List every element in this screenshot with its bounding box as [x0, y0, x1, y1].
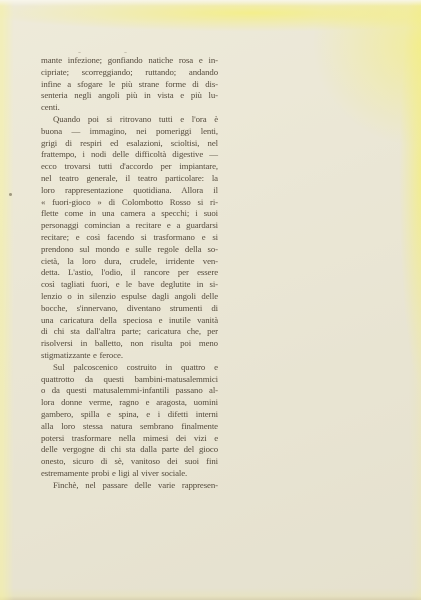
- text-line: flette come in una camera a specchi; i s…: [41, 208, 218, 220]
- text-line: centi.: [41, 102, 218, 114]
- text-line: potersi trasformare nella mimesi dei viz…: [41, 433, 218, 445]
- text-line: risolversi in balletto, non risulta poi …: [41, 338, 218, 350]
- text-line: « fuori-gioco » di Colombotto Rosso si r…: [41, 197, 218, 209]
- scan-speck: [124, 52, 127, 53]
- page-text-block: mante infezione; gonfiando natiche rosa …: [41, 55, 218, 491]
- text-line: di chi sta dall'altra parte; caricatura …: [41, 326, 218, 338]
- text-line: recitare; e così facendo si trasformano …: [41, 232, 218, 244]
- text-line: o da questi matusalemmi-infantili passan…: [41, 385, 218, 397]
- text-line: una caricatura della speciosa e inutile …: [41, 315, 218, 327]
- text-line: senteria negli angoli più in vista e più…: [41, 90, 218, 102]
- scan-speck: [9, 193, 12, 196]
- text-line: mante infezione; gonfiando natiche rosa …: [41, 55, 218, 67]
- text-line: così tagliati fuori, e le bave deglutite…: [41, 279, 218, 291]
- text-line: lenzio o in silenzio espulse dagli angol…: [41, 291, 218, 303]
- text-line: gambero, spilla e spina, e i difetti int…: [41, 409, 218, 421]
- text-line: personaggi comincian a recitare e a guar…: [41, 220, 218, 232]
- text-line: detta. L'astio, l'odio, il rancore per e…: [41, 267, 218, 279]
- text-line: bocche, s'innervano, diventano strumenti…: [41, 303, 218, 315]
- text-line: grigi di respiri ed esalazioni, scioltis…: [41, 138, 218, 150]
- text-line: ecco trovarsi tutti d'accordo per impian…: [41, 161, 218, 173]
- text-line: alla loro stessa natura sembrano finalme…: [41, 421, 218, 433]
- text-line: stigmatizzante e feroce.: [41, 350, 218, 362]
- text-line: buona — immagino, nei pomeriggi lenti,: [41, 126, 218, 138]
- scan-speck: [78, 52, 81, 53]
- text-line: nel teatro generale, il teatro particola…: [41, 173, 218, 185]
- text-line: prendono sul mondo e sulle regole della …: [41, 244, 218, 256]
- text-line: loro rappresentazione quotidiana. Allora…: [41, 185, 218, 197]
- text-line: Finchè, nel passare delle varie rapprese…: [41, 480, 218, 492]
- text-line: onesto, sicuro di sè, vanitoso dei suoi …: [41, 456, 218, 468]
- text-line: lora donne verme, ragno e aragosta, uomi…: [41, 397, 218, 409]
- text-line: cietà, la loro dura, crudele, irridente …: [41, 256, 218, 268]
- text-line: estremamente probi e ligi al viver socia…: [41, 468, 218, 480]
- text-line: delle vergogne di chi sta dalla parte de…: [41, 444, 218, 456]
- text-line: infine a sfogare le più strane forme di …: [41, 79, 218, 91]
- book-page: mante infezione; gonfiando natiche rosa …: [0, 0, 421, 600]
- text-line: quattrotto da questi bambini-matusalemmi…: [41, 374, 218, 386]
- text-line: frattempo, i nodi delle difficoltà diges…: [41, 149, 218, 161]
- text-line: cipriate; scorreggiando; ruttando; andan…: [41, 67, 218, 79]
- text-line: Quando poi si ritrovano tutti e l'ora è: [41, 114, 218, 126]
- text-line: Sul palcoscenico costruito in quattro e: [41, 362, 218, 374]
